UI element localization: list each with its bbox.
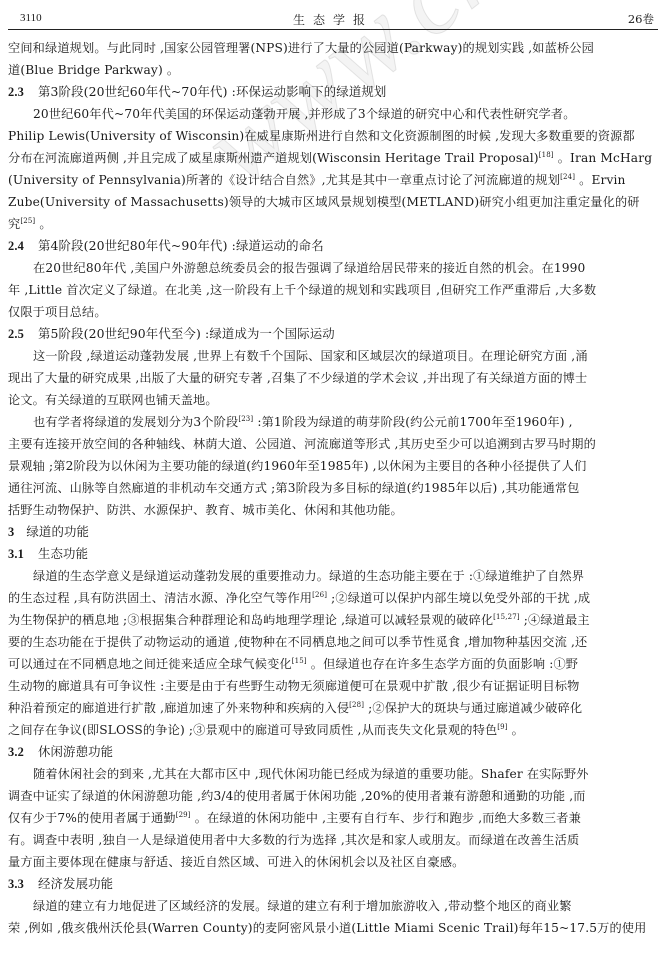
text-line: 现出了大量的研究成果 ,出版了大量的研究专著 ,召集了不少绿道的学术会议 ,并出… <box>8 367 660 389</box>
section-title: 第4阶段(20世纪80年代~90年代) :绿道运动的命名 <box>38 238 324 253</box>
section-number: 2.3 <box>8 85 24 99</box>
citation-ref: [25] <box>20 217 35 225</box>
section-number: 3 <box>8 525 14 539</box>
section-number: 2.5 <box>8 327 24 341</box>
text-line: 在20世纪80年代 ,美国户外游憩总统委员会的报告强调了绿道给居民带来的接近自然… <box>8 257 660 279</box>
text-line: 生动物的廊道具有可争议性 :主要是由于有些野生动物无须廊道便可在景观中扩散 ,很… <box>8 675 660 697</box>
section-number: 3.3 <box>8 877 24 891</box>
header-rule <box>8 29 658 30</box>
text-line: 仅限于项目总结。 <box>8 301 660 323</box>
text-line: 空间和绿道规划。与此同时 ,国家公园管理署(NPS)进行了大量的公园道(Park… <box>8 37 660 59</box>
citation-ref: [23] <box>238 415 253 423</box>
section-heading: 2.4第4阶段(20世纪80年代~90年代) :绿道运动的命名 <box>8 235 660 257</box>
text-line: 论文。有关绿道的互联网也铺天盖地。 <box>8 389 660 411</box>
text-line: 种沿着预定的廊道进行扩散 ,廊道加速了外来物种和疾病的入侵[28] ;②保护大的… <box>8 697 660 719</box>
text-line: 通往河流、山脉等自然廊道的非机动车交通方式 ;第3阶段为多目标的绿道(约1985… <box>8 477 660 499</box>
section-heading: 3.3经济发展功能 <box>8 873 660 895</box>
citation-ref: [18] <box>539 151 554 159</box>
section-heading: 3.2休闲游憩功能 <box>8 741 660 763</box>
section-number: 2.4 <box>8 239 24 253</box>
citation-ref: [28] <box>349 701 364 709</box>
section-heading: 2.3第3阶段(20世纪60年代~70年代) :环保运动影响下的绿道规划 <box>8 81 660 103</box>
text-line: 20世纪60年代~70年代美国的环保运动蓬勃开展 ,并形成了3个绿道的研究中心和… <box>8 103 660 125</box>
text-line: 括野生动物保护、防洪、水源保护、教育、城市美化、休闲和其他功能。 <box>8 499 660 521</box>
text-line: 年 ,Little 首次定义了绿道。在北美 ,这一阶段有上千个绿道的规划和实践项… <box>8 279 660 301</box>
text-line: 为生物保护的栖息地 ;③根据集合种群理论和岛屿地理学理论 ,绿道可以减轻景观的破… <box>8 609 660 631</box>
text-line: 随着休闲社会的到来 ,尤其在大都市区中 ,现代休闲功能已经成为绿道的重要功能。S… <box>8 763 660 785</box>
body-text: 空间和绿道规划。与此同时 ,国家公园管理署(NPS)进行了大量的公园道(Park… <box>8 37 660 939</box>
section-heading: 2.5第5阶段(20世纪90年代至今) :绿道成为一个国际运动 <box>8 323 660 345</box>
citation-ref: [15] <box>292 657 307 665</box>
text-line: 可以通过在不同栖息地之间迁徙来适应全球气候变化[15] 。但绿道也存在许多生态学… <box>8 653 660 675</box>
section-title: 生态功能 <box>38 546 88 561</box>
citation-ref: [26] <box>312 591 327 599</box>
text-line: 调查中证实了绿道的休闲游憩功能 ,约3/4的使用者属于休闲功能 ,20%的使用者… <box>8 785 660 807</box>
volume-label: 26卷 <box>628 11 654 27</box>
text-line: Zube(University of Massachusetts)领导的大城市区… <box>8 191 660 213</box>
text-line: 绿道的建立有力地促进了区域经济的发展。绿道的建立有利于增加旅游收入 ,带动整个地… <box>8 895 660 917</box>
text-line: 绿道的生态学意义是绿道运动蓬勃发展的重要推动力。绿道的生态功能主要在于 :①绿道… <box>8 565 660 587</box>
document-page: www.cnki.net 3110 生态学报 26卷 空间和绿道规划。与此同时 … <box>0 0 666 974</box>
section-title: 第5阶段(20世纪90年代至今) :绿道成为一个国际运动 <box>38 326 335 341</box>
section-heading: 3.1生态功能 <box>8 543 660 565</box>
citation-ref: [15,27] <box>493 613 520 621</box>
text-line: 道(Blue Bridge Parkway) 。 <box>8 59 660 81</box>
section-heading: 3绿道的功能 <box>8 521 660 543</box>
text-line: 之间存在争议(即SLOSS的争论) ;③景观中的廊道可导致同质性 ,从而丧失文化… <box>8 719 660 741</box>
text-line: 主要有连接开放空间的各种轴线、林荫大道、公园道、河流廊道等形式 ,其历史至少可以… <box>8 433 660 455</box>
text-line: 究[25] 。 <box>8 213 660 235</box>
section-title: 绿道的功能 <box>26 524 89 539</box>
citation-ref: [9] <box>497 723 507 731</box>
text-line: 要的生态功能在于提供了动物运动的通道 ,使物种在不同栖息地之间可以季节性觅食 ,… <box>8 631 660 653</box>
citation-ref: [24] <box>560 173 575 181</box>
section-number: 3.1 <box>8 547 24 561</box>
text-line: 仅有少于7%的使用者属于通勤[29] 。在绿道的休闲功能中 ,主要有自行车、步行… <box>8 807 660 829</box>
text-line: 分布在河流廊道两侧 ,并且完成了威星康斯州遗产道规划(Wisconsin Her… <box>8 147 660 169</box>
text-line: Philip Lewis(University of Wisconsin)在威星… <box>8 125 660 147</box>
citation-ref: [29] <box>176 811 191 819</box>
text-line: 量方面主要体现在健康与舒适、接近自然区域、可进入的休闲机会以及社区自豪感。 <box>8 851 660 873</box>
section-number: 3.2 <box>8 745 24 759</box>
section-title: 休闲游憩功能 <box>38 744 113 759</box>
text-line: 荣 ,例如 ,俄亥俄州沃伦县(Warren County)的麦阿密风景小道(Li… <box>8 917 660 939</box>
section-title: 经济发展功能 <box>38 876 113 891</box>
text-line: 的生态过程 ,具有防洪固土、清洁水源、净化空气等作用[26] ;②绿道可以保护内… <box>8 587 660 609</box>
journal-title: 生态学报 <box>8 11 658 28</box>
text-line: (University of Pennsylvania)所著的《设计结合自然》,… <box>8 169 660 191</box>
running-head: 3110 生态学报 26卷 <box>8 8 658 28</box>
section-title: 第3阶段(20世纪60年代~70年代) :环保运动影响下的绿道规划 <box>38 84 387 99</box>
text-line: 也有学者将绿道的发展划分为3个阶段[23] :第1阶段为绿道的萌芽阶段(约公元前… <box>8 411 660 433</box>
text-line: 景观轴 ;第2阶段为以休闲为主要功能的绿道(约1960年至1985年) ,以休闲… <box>8 455 660 477</box>
text-line: 这一阶段 ,绿道运动蓬勃发展 ,世界上有数千个国际、国家和区域层次的绿道项目。在… <box>8 345 660 367</box>
text-line: 有。调查中表明 ,独自一人是绿道使用者中大多数的行为选择 ,其次是和家人或朋友。… <box>8 829 660 851</box>
